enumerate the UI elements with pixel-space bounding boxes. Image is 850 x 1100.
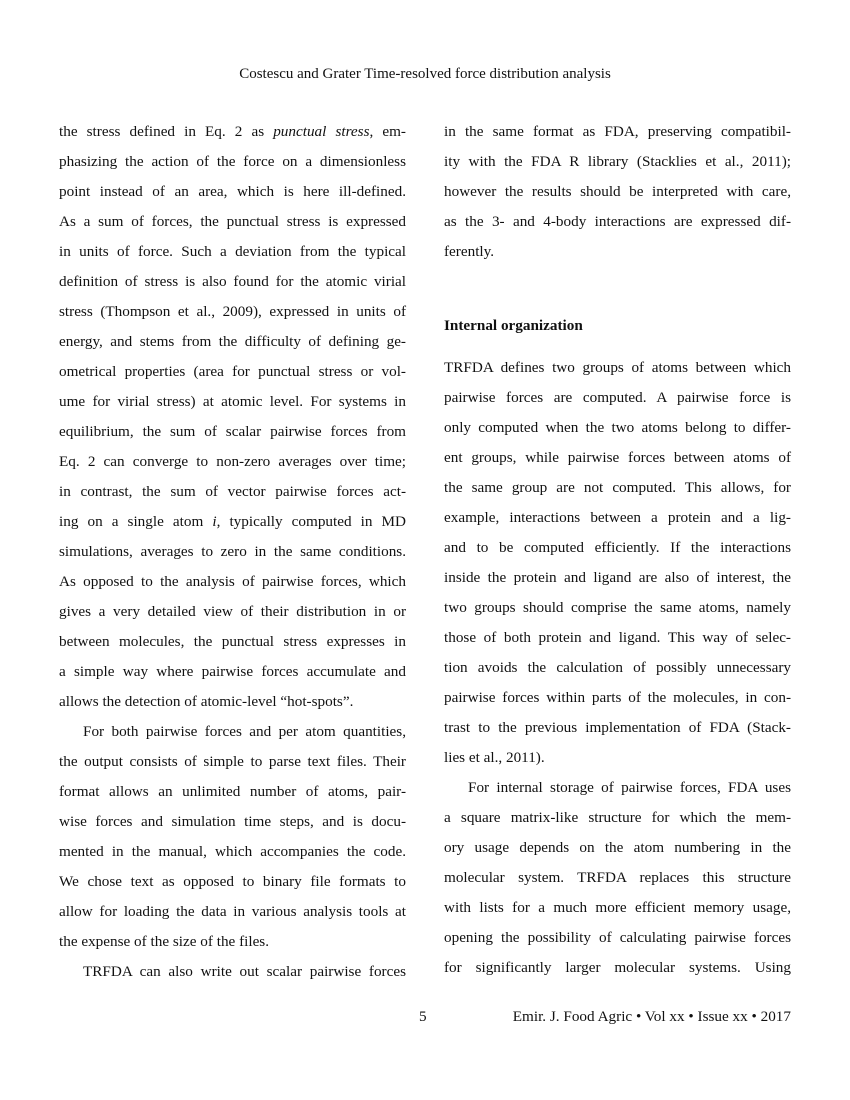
text-line: gives a very detailed view of their dist…: [59, 599, 406, 629]
text-line: allows the detection of atomic-level “ho…: [59, 689, 406, 719]
text-line: the output consists of simple to parse t…: [59, 749, 406, 779]
text-line: two groups should comprise the same atom…: [444, 595, 791, 625]
text-line: pairwise forces are computed. A pairwise…: [444, 385, 791, 415]
text-line: As a sum of forces, the punctual stress …: [59, 209, 406, 239]
text-span: ing on a single atom: [59, 513, 212, 530]
text-line: phasizing the action of the force on a d…: [59, 149, 406, 179]
text-line: ferently.: [444, 239, 791, 269]
text-line: as the 3- and 4-body interactions are ex…: [444, 209, 791, 239]
text-line: ity with the FDA R library (Stacklies et…: [444, 149, 791, 179]
page-number: 5: [419, 1006, 427, 1028]
text-span: the stress defined in Eq. 2 as: [59, 123, 273, 140]
text-line: format allows an unlimited number of ato…: [59, 779, 406, 809]
text-line: We chose text as opposed to binary file …: [59, 869, 406, 899]
text-line: pairwise forces within parts of the mole…: [444, 685, 791, 715]
text-line: energy, and stems from the difficulty of…: [59, 329, 406, 359]
italic-term: punctual stress: [273, 123, 369, 140]
text-line: simulations, averages to zero in the sam…: [59, 539, 406, 569]
text-line: equilibrium, the sum of scalar pairwise …: [59, 419, 406, 449]
text-line: in contrast, the sum of vector pairwise …: [59, 479, 406, 509]
text-line: ume for virial stress) at atomic level. …: [59, 389, 406, 419]
text-line: the stress defined in Eq. 2 as punctual …: [59, 119, 406, 149]
right-column: in the same format as FDA, preserving co…: [444, 119, 791, 985]
text-line: tion avoids the calculation of possibly …: [444, 655, 791, 685]
text-line: molecular system. TRFDA replaces this st…: [444, 865, 791, 895]
text-line: mented in the manual, which accompanies …: [59, 839, 406, 869]
section-spacer: [444, 269, 791, 299]
journal-info: Emir. J. Food Agric • Vol xx • Issue xx …: [513, 1006, 791, 1028]
text-line: only computed when the two atoms belong …: [444, 415, 791, 445]
text-line: Eq. 2 can converge to non-zero averages …: [59, 449, 406, 479]
text-span: , em-: [369, 123, 406, 140]
text-line: opening the possibility of calculating p…: [444, 925, 791, 955]
left-column: the stress defined in Eq. 2 as punctual …: [59, 119, 406, 989]
section-spacer: [444, 299, 791, 313]
text-line: with lists for a much more efficient mem…: [444, 895, 791, 925]
text-line: ing on a single atom i, typically comput…: [59, 509, 406, 539]
text-line: wise forces and simulation time steps, a…: [59, 809, 406, 839]
text-line: however the results should be interprete…: [444, 179, 791, 209]
text-line: those of both protein and ligand. This w…: [444, 625, 791, 655]
text-line: For both pairwise forces and per atom qu…: [59, 719, 406, 749]
text-line: allow for loading the data in various an…: [59, 899, 406, 929]
text-line: a square matrix-like structure for which…: [444, 805, 791, 835]
text-line: the expense of the size of the files.: [59, 929, 406, 959]
text-line: inside the protein and ligand are also o…: [444, 565, 791, 595]
text-line: in the same format as FDA, preserving co…: [444, 119, 791, 149]
text-line: a simple way where pairwise forces accum…: [59, 659, 406, 689]
running-header: Costescu and Grater Time-resolved force …: [0, 64, 850, 84]
text-line: in units of force. Such a deviation from…: [59, 239, 406, 269]
text-line: For internal storage of pairwise forces,…: [444, 775, 791, 805]
text-line: TRFDA can also write out scalar pairwise…: [59, 959, 406, 989]
text-line: trast to the previous implementation of …: [444, 715, 791, 745]
text-line: example, interactions between a protein …: [444, 505, 791, 535]
text-line: lies et al., 2011).: [444, 745, 791, 775]
text-line: TRFDA defines two groups of atoms betwee…: [444, 355, 791, 385]
text-line: between molecules, the punctual stress e…: [59, 629, 406, 659]
text-line: ory usage depends on the atom numbering …: [444, 835, 791, 865]
text-line: for significantly larger molecular syste…: [444, 955, 791, 985]
page-footer: 5 Emir. J. Food Agric • Vol xx • Issue x…: [0, 1006, 850, 1028]
text-line: point instead of an area, which is here …: [59, 179, 406, 209]
text-line: the same group are not computed. This al…: [444, 475, 791, 505]
text-line: As opposed to the analysis of pairwise f…: [59, 569, 406, 599]
text-line: definition of stress is also found for t…: [59, 269, 406, 299]
section-heading: Internal organization: [444, 313, 791, 355]
text-line: stress (Thompson et al., 2009), expresse…: [59, 299, 406, 329]
text-line: ometrical properties (area for punctual …: [59, 359, 406, 389]
text-line: ent groups, while pairwise forces betwee…: [444, 445, 791, 475]
text-span: , typically computed in MD: [217, 513, 406, 530]
text-line: and to be computed efficiently. If the i…: [444, 535, 791, 565]
